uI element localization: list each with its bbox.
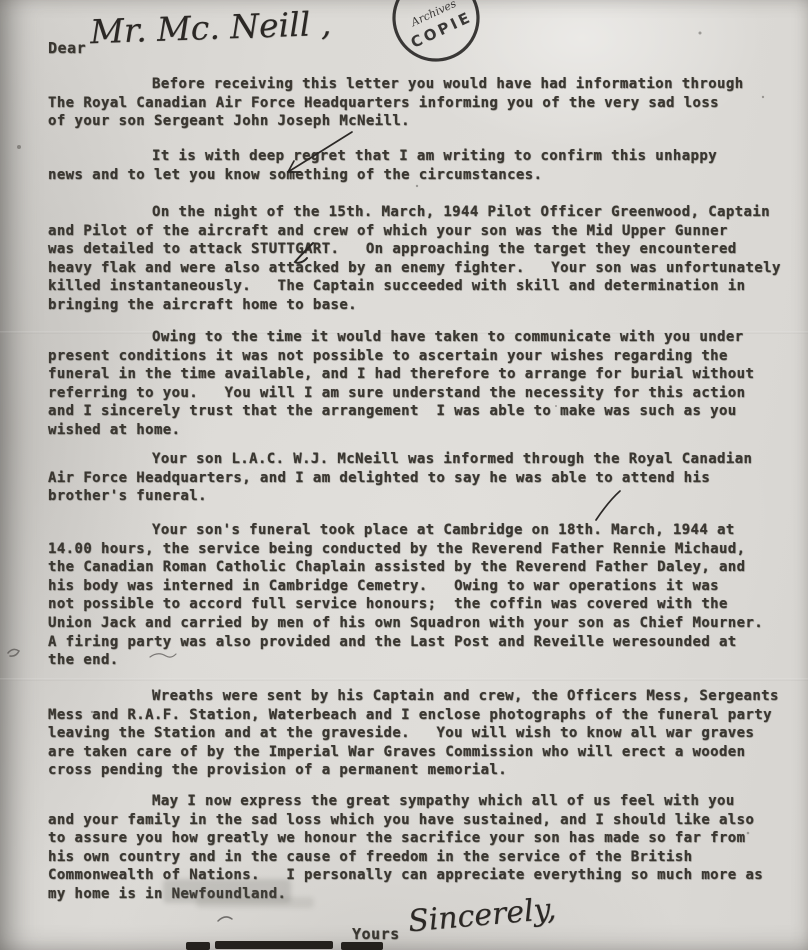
paragraph-4: Owing to the time it would have taken to… [48, 328, 754, 440]
letter-line: the end. [48, 651, 763, 670]
cutoff-mark [186, 942, 210, 950]
closing-typed: Yours [352, 925, 400, 943]
letter-line: The Royal Canadian Air Force Headquarter… [48, 94, 744, 113]
fold-crease-bottom [0, 678, 808, 681]
ink-smudge-closing [196, 897, 314, 908]
letter-line: Mess and R.A.F. Station, Waterbeach and … [48, 706, 779, 725]
margin-mark [8, 649, 19, 656]
letter-line: referring to you. You will I am sure und… [48, 384, 754, 403]
letter-line: leaving the Station and at the graveside… [48, 724, 779, 743]
salutation: Dear [48, 38, 86, 57]
letter-line: Owing to the time it would have taken to… [48, 328, 754, 347]
letter-line: Your son's funeral took place at Cambrid… [48, 521, 763, 540]
letter-line: to assure you how greatly we honour the … [48, 829, 763, 848]
letter-line: my home is in Newfoundland. [48, 885, 763, 904]
letter-line: funeral in the time available, and I had… [48, 365, 754, 384]
letter-line: Your son L.A.C. W.J. McNeill was informe… [48, 450, 752, 469]
letter-line: Commonwealth of Nations. I personally ca… [48, 866, 763, 885]
salutation-handwritten: Mr. Mc. Neill , [89, 4, 331, 51]
letter-line: his own country and in the cause of free… [48, 848, 763, 867]
letter-line: brother's funeral. [48, 487, 752, 506]
letter-line: heavy flak and were also attacked by an … [48, 259, 781, 278]
letter-line: and I sincerely trust that the arrangeme… [48, 402, 754, 421]
letter-line: May I now express the great sympathy whi… [48, 792, 763, 811]
letter-line: Wreaths were sent by his Captain and cre… [48, 687, 779, 706]
pen-tilde-mark [218, 917, 232, 921]
letter-line: are taken care of by the Imperial War Gr… [48, 743, 779, 762]
letter-line: Air Force Headquarters, and I am delight… [48, 469, 752, 488]
paragraph-7: Wreaths were sent by his Captain and cre… [48, 687, 779, 780]
cutoff-mark [215, 941, 333, 949]
letter-line: A firing party was also provided and the… [48, 633, 763, 652]
paragraph-2: It is with deep regret that I am writing… [48, 147, 717, 184]
letter-line: the Canadian Roman Catholic Chaplain ass… [48, 558, 763, 577]
salutation-typed: Dear [48, 39, 86, 57]
letter-line: On the night of the 15th. March, 1944 Pi… [48, 203, 781, 222]
letter-line: wished at home. [48, 421, 754, 440]
letter-line: cross pending the provision of a permane… [48, 761, 779, 780]
paragraph-8: May I now express the great sympathy whi… [48, 792, 763, 904]
paragraph-3: On the night of the 15th. March, 1944 Pi… [48, 203, 781, 315]
letter-line: and Pilot of the aircraft and crew of wh… [48, 222, 781, 241]
letter-line: killed instantaneously. The Captain succ… [48, 277, 781, 296]
closing: Yours [352, 924, 400, 943]
letter-line: his body was interned in Cambridge Cemet… [48, 577, 763, 596]
letter-line: and your family in the sad loss which yo… [48, 811, 763, 830]
paragraph-1: Before receiving this letter you would h… [48, 75, 744, 131]
scanned-letter-page: Archives COPIE D Dear Mr. Mc. Neill , Be… [0, 0, 808, 950]
letter-line: It is with deep regret that I am writing… [48, 147, 717, 166]
certified-copy-stamp: Archives COPIE D [384, 0, 488, 70]
letter-line: was detailed to attack STUTTGART. On app… [48, 240, 781, 259]
letter-line: Before receiving this letter you would h… [48, 75, 744, 94]
letter-line: Union Jack and carried by men of his own… [48, 614, 763, 633]
cutoff-mark [341, 942, 383, 950]
letter-line: not possible to accord full service hono… [48, 595, 763, 614]
letter-line: of your son Sergeant John Joseph McNeill… [48, 112, 744, 131]
paragraph-5: Your son L.A.C. W.J. McNeill was informe… [48, 450, 752, 506]
letter-line: news and to let you know something of th… [48, 166, 717, 185]
letter-line: 14.00 hours, the service being conducted… [48, 540, 763, 559]
letter-line: present conditions it was not possible t… [48, 347, 754, 366]
paragraph-6: Your son's funeral took place at Cambrid… [48, 521, 763, 670]
letter-line: bringing the aircraft home to base. [48, 296, 781, 315]
